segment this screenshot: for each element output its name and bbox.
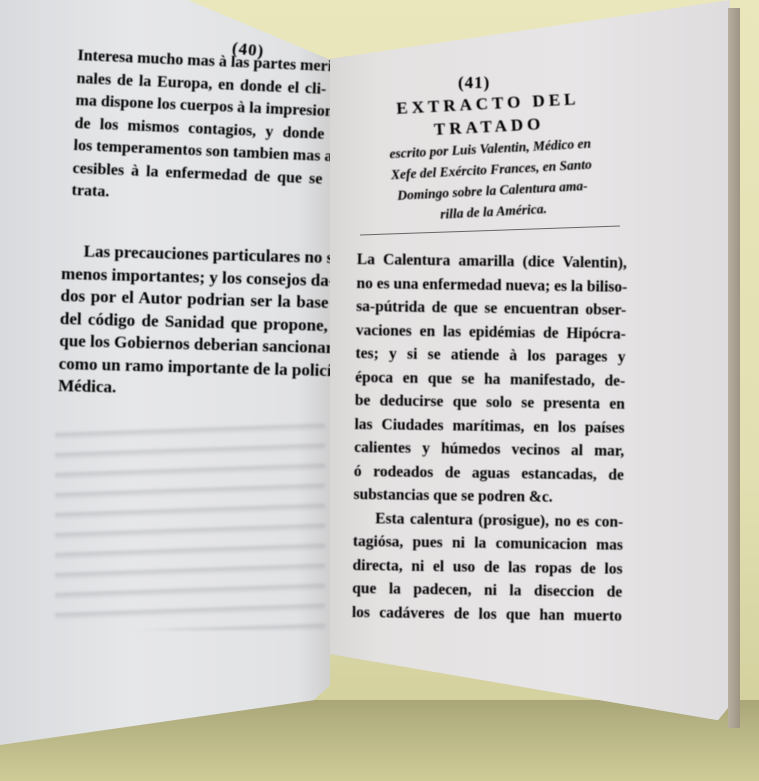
text-line: que la padecen, ni la diseccion de bbox=[352, 577, 622, 604]
text-line: substancias que se podren &c. bbox=[353, 483, 623, 510]
text-line: calientes y húmedos vecinos al mar, bbox=[354, 436, 624, 463]
left-paragraph-1: Interesa mucho mas à las partes meri- na… bbox=[71, 45, 328, 213]
right-body-text: La Calentura amarilla (dice Valentin), n… bbox=[352, 248, 627, 628]
left-paragraph-2: Las precauciones particulares no son men… bbox=[58, 240, 330, 404]
show-through-text bbox=[55, 420, 325, 630]
text-line: los cadáveres de los que han muerto bbox=[352, 600, 622, 627]
right-page-number: (41) bbox=[458, 73, 490, 93]
chapter-heading: EXTRACTO DEL TRATADO escrito por Luis Va… bbox=[355, 86, 626, 229]
text-line: be deducirse que solo se presenta en bbox=[355, 389, 625, 416]
text-line: tes; y si se atiende à los parages y bbox=[355, 342, 625, 369]
text-line: sa-pútrida de que se encuentran obser- bbox=[356, 295, 626, 322]
text-line: tagiósa, pues ni la comunicacion mas bbox=[353, 530, 623, 557]
page-block-edge bbox=[728, 8, 740, 728]
text-line: La Calentura amarilla (dice Valentin), bbox=[357, 248, 627, 275]
